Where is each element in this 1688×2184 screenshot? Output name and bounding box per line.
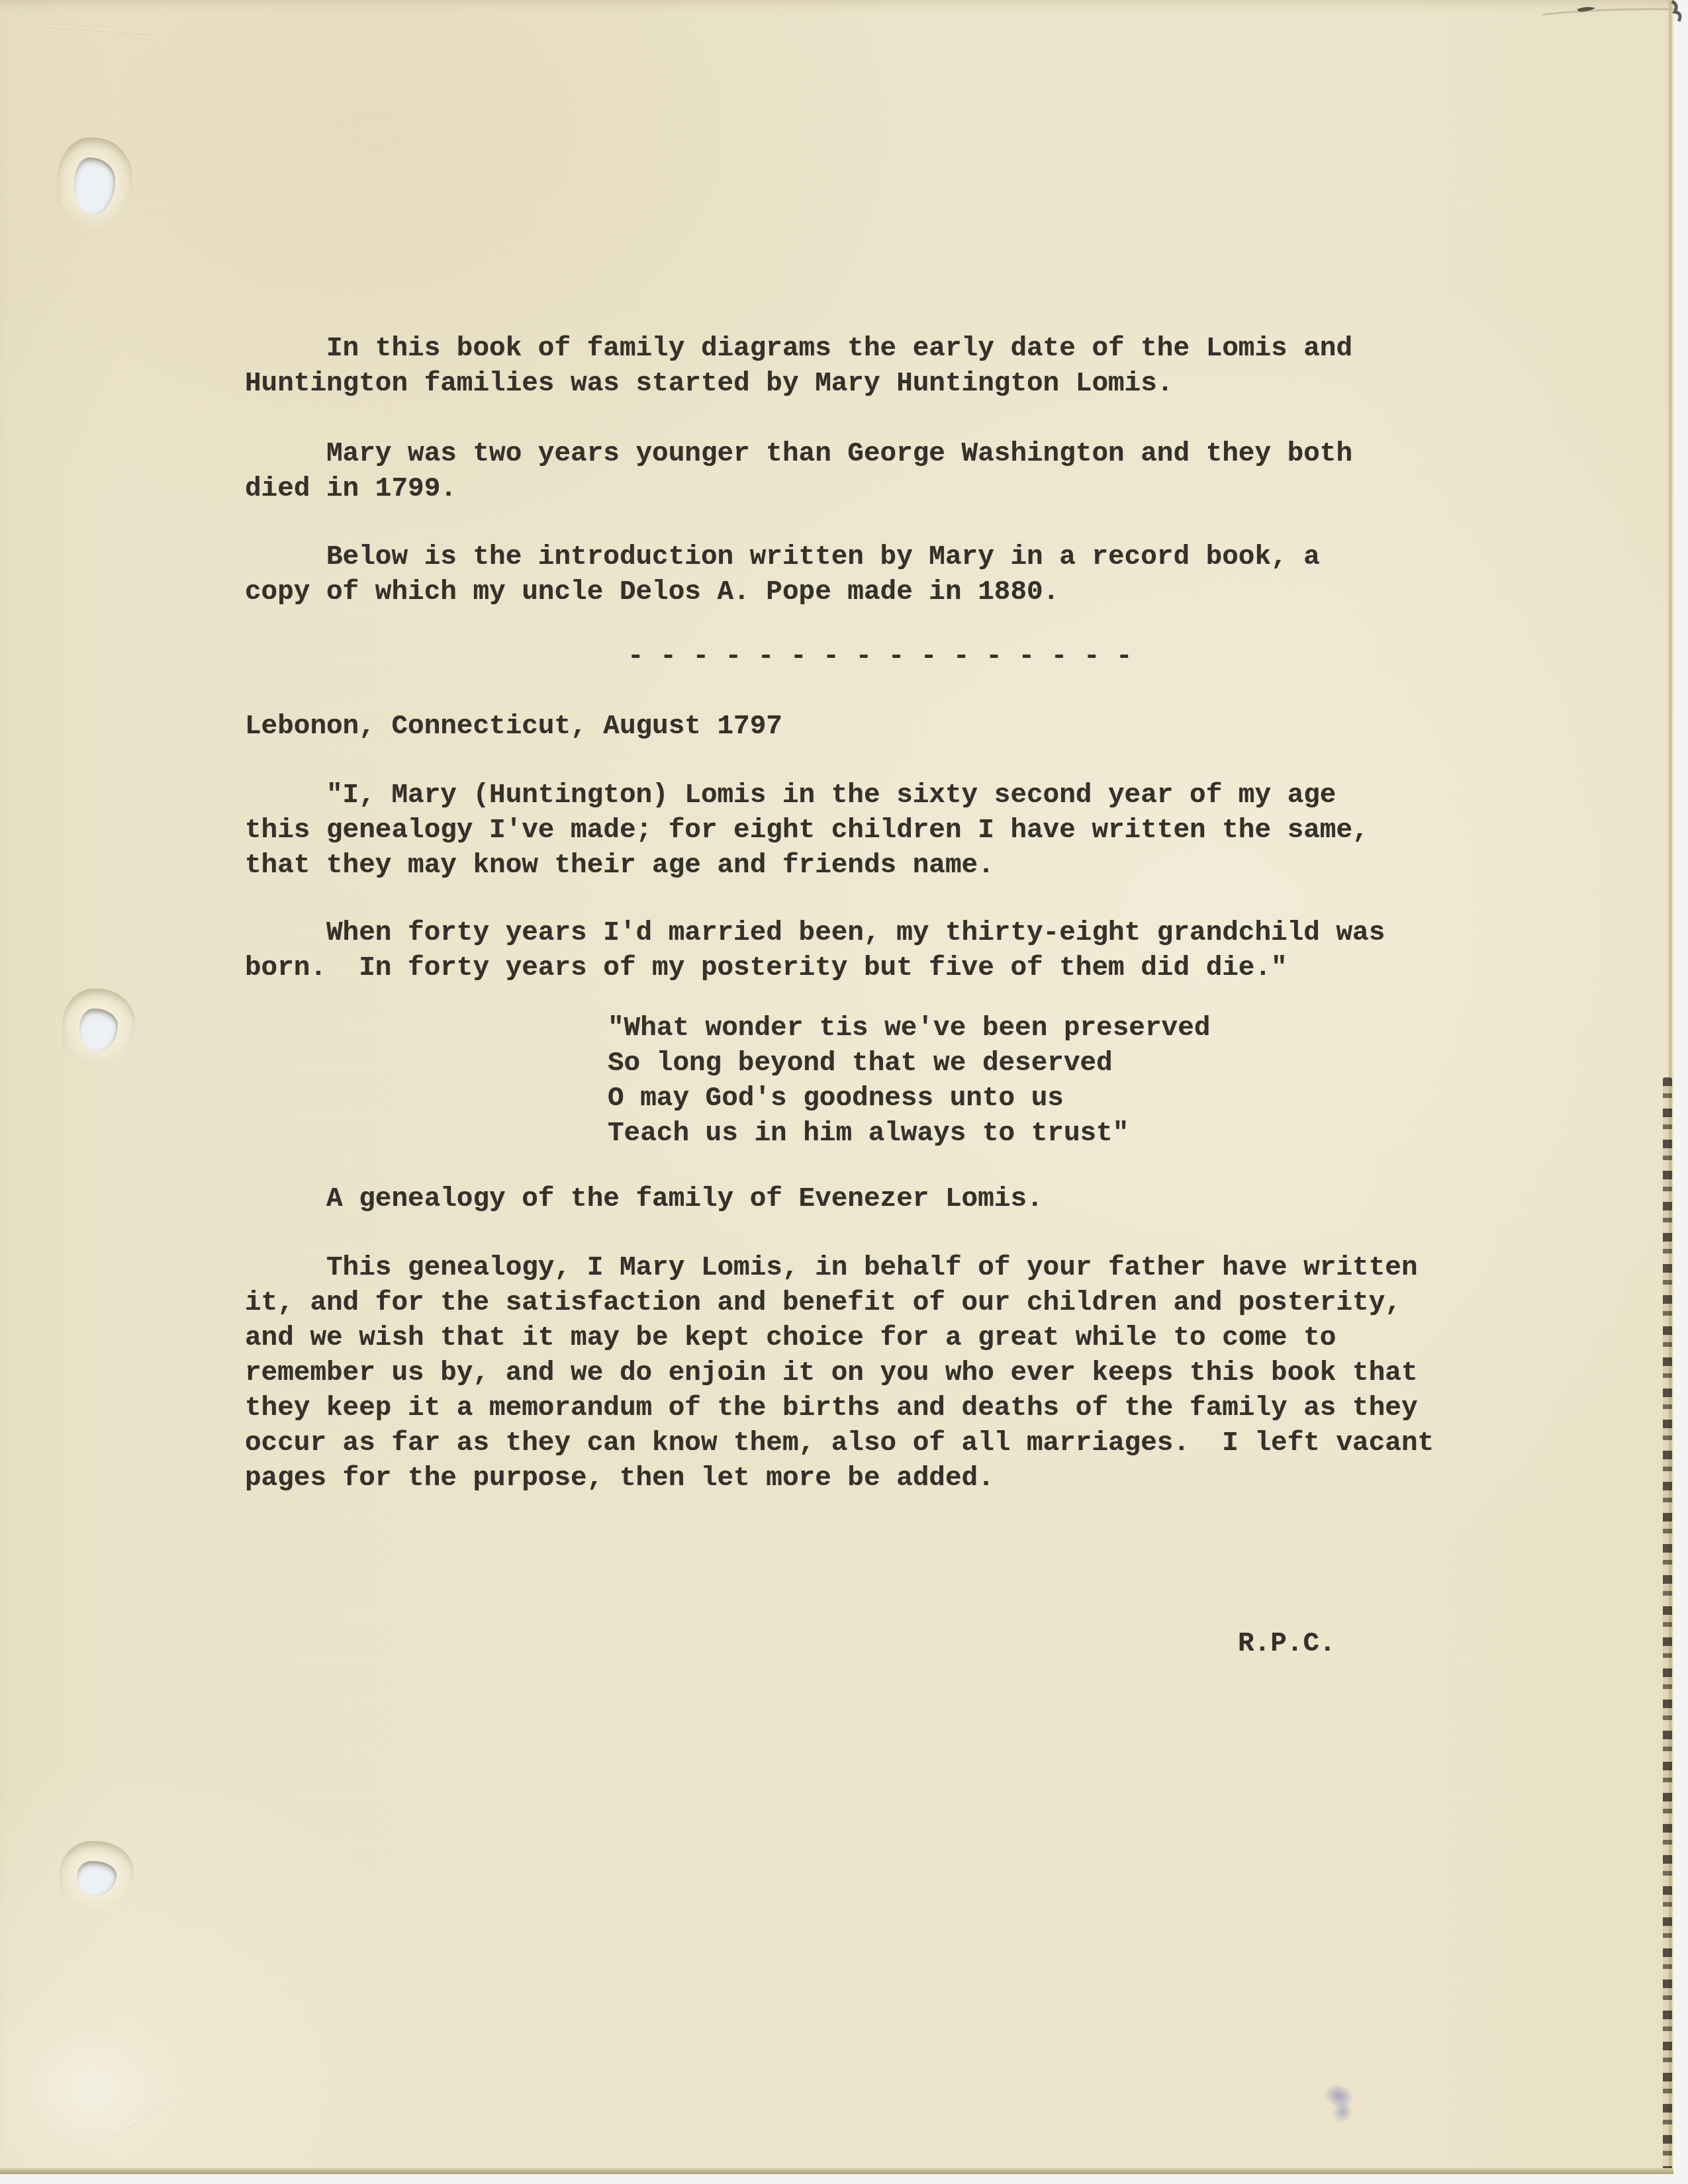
- paragraph-quote-age: "I, Mary (Huntington) Lomis in the sixty…: [245, 778, 1369, 884]
- punch-hole-bottom: [77, 1861, 117, 1895]
- scanned-page: In this book of family diagrams the earl…: [0, 0, 1673, 2173]
- crease-mark: [0, 810, 59, 827]
- punch-hole-middle: [79, 1009, 118, 1051]
- paragraph-below-intro: Below is the introduction written by Mar…: [245, 540, 1320, 610]
- paragraph-intro: In this book of family diagrams the earl…: [245, 332, 1352, 402]
- corner-wear: [0, 2005, 185, 2173]
- ink-smudge: [1316, 2077, 1366, 2130]
- line-genealogy-title: A genealogy of the family of Evenezer Lo…: [245, 1182, 1043, 1217]
- binding-residue: [1663, 1077, 1672, 2173]
- punch-hole-top: [74, 158, 115, 214]
- page-edge-bottom: [0, 2168, 1673, 2174]
- crease-mark: [41, 25, 150, 35]
- signature: R.P.C.: [1238, 1627, 1336, 1662]
- paragraph-mary-age: Mary was two years younger than George W…: [245, 437, 1352, 507]
- paragraph-quote-married: When forty years I'd married been, my th…: [245, 916, 1385, 986]
- dateline: Lebonon, Connecticut, August 1797: [245, 709, 782, 745]
- poem: "What wonder tis we've been preserved So…: [608, 1011, 1210, 1152]
- stray-marks-icon: [1536, 0, 1688, 46]
- paragraph-genealogy-note: This genealogy, I Mary Lomis, in behalf …: [245, 1251, 1434, 1496]
- separator-dashes: - - - - - - - - - - - - - - - -: [628, 639, 1133, 674]
